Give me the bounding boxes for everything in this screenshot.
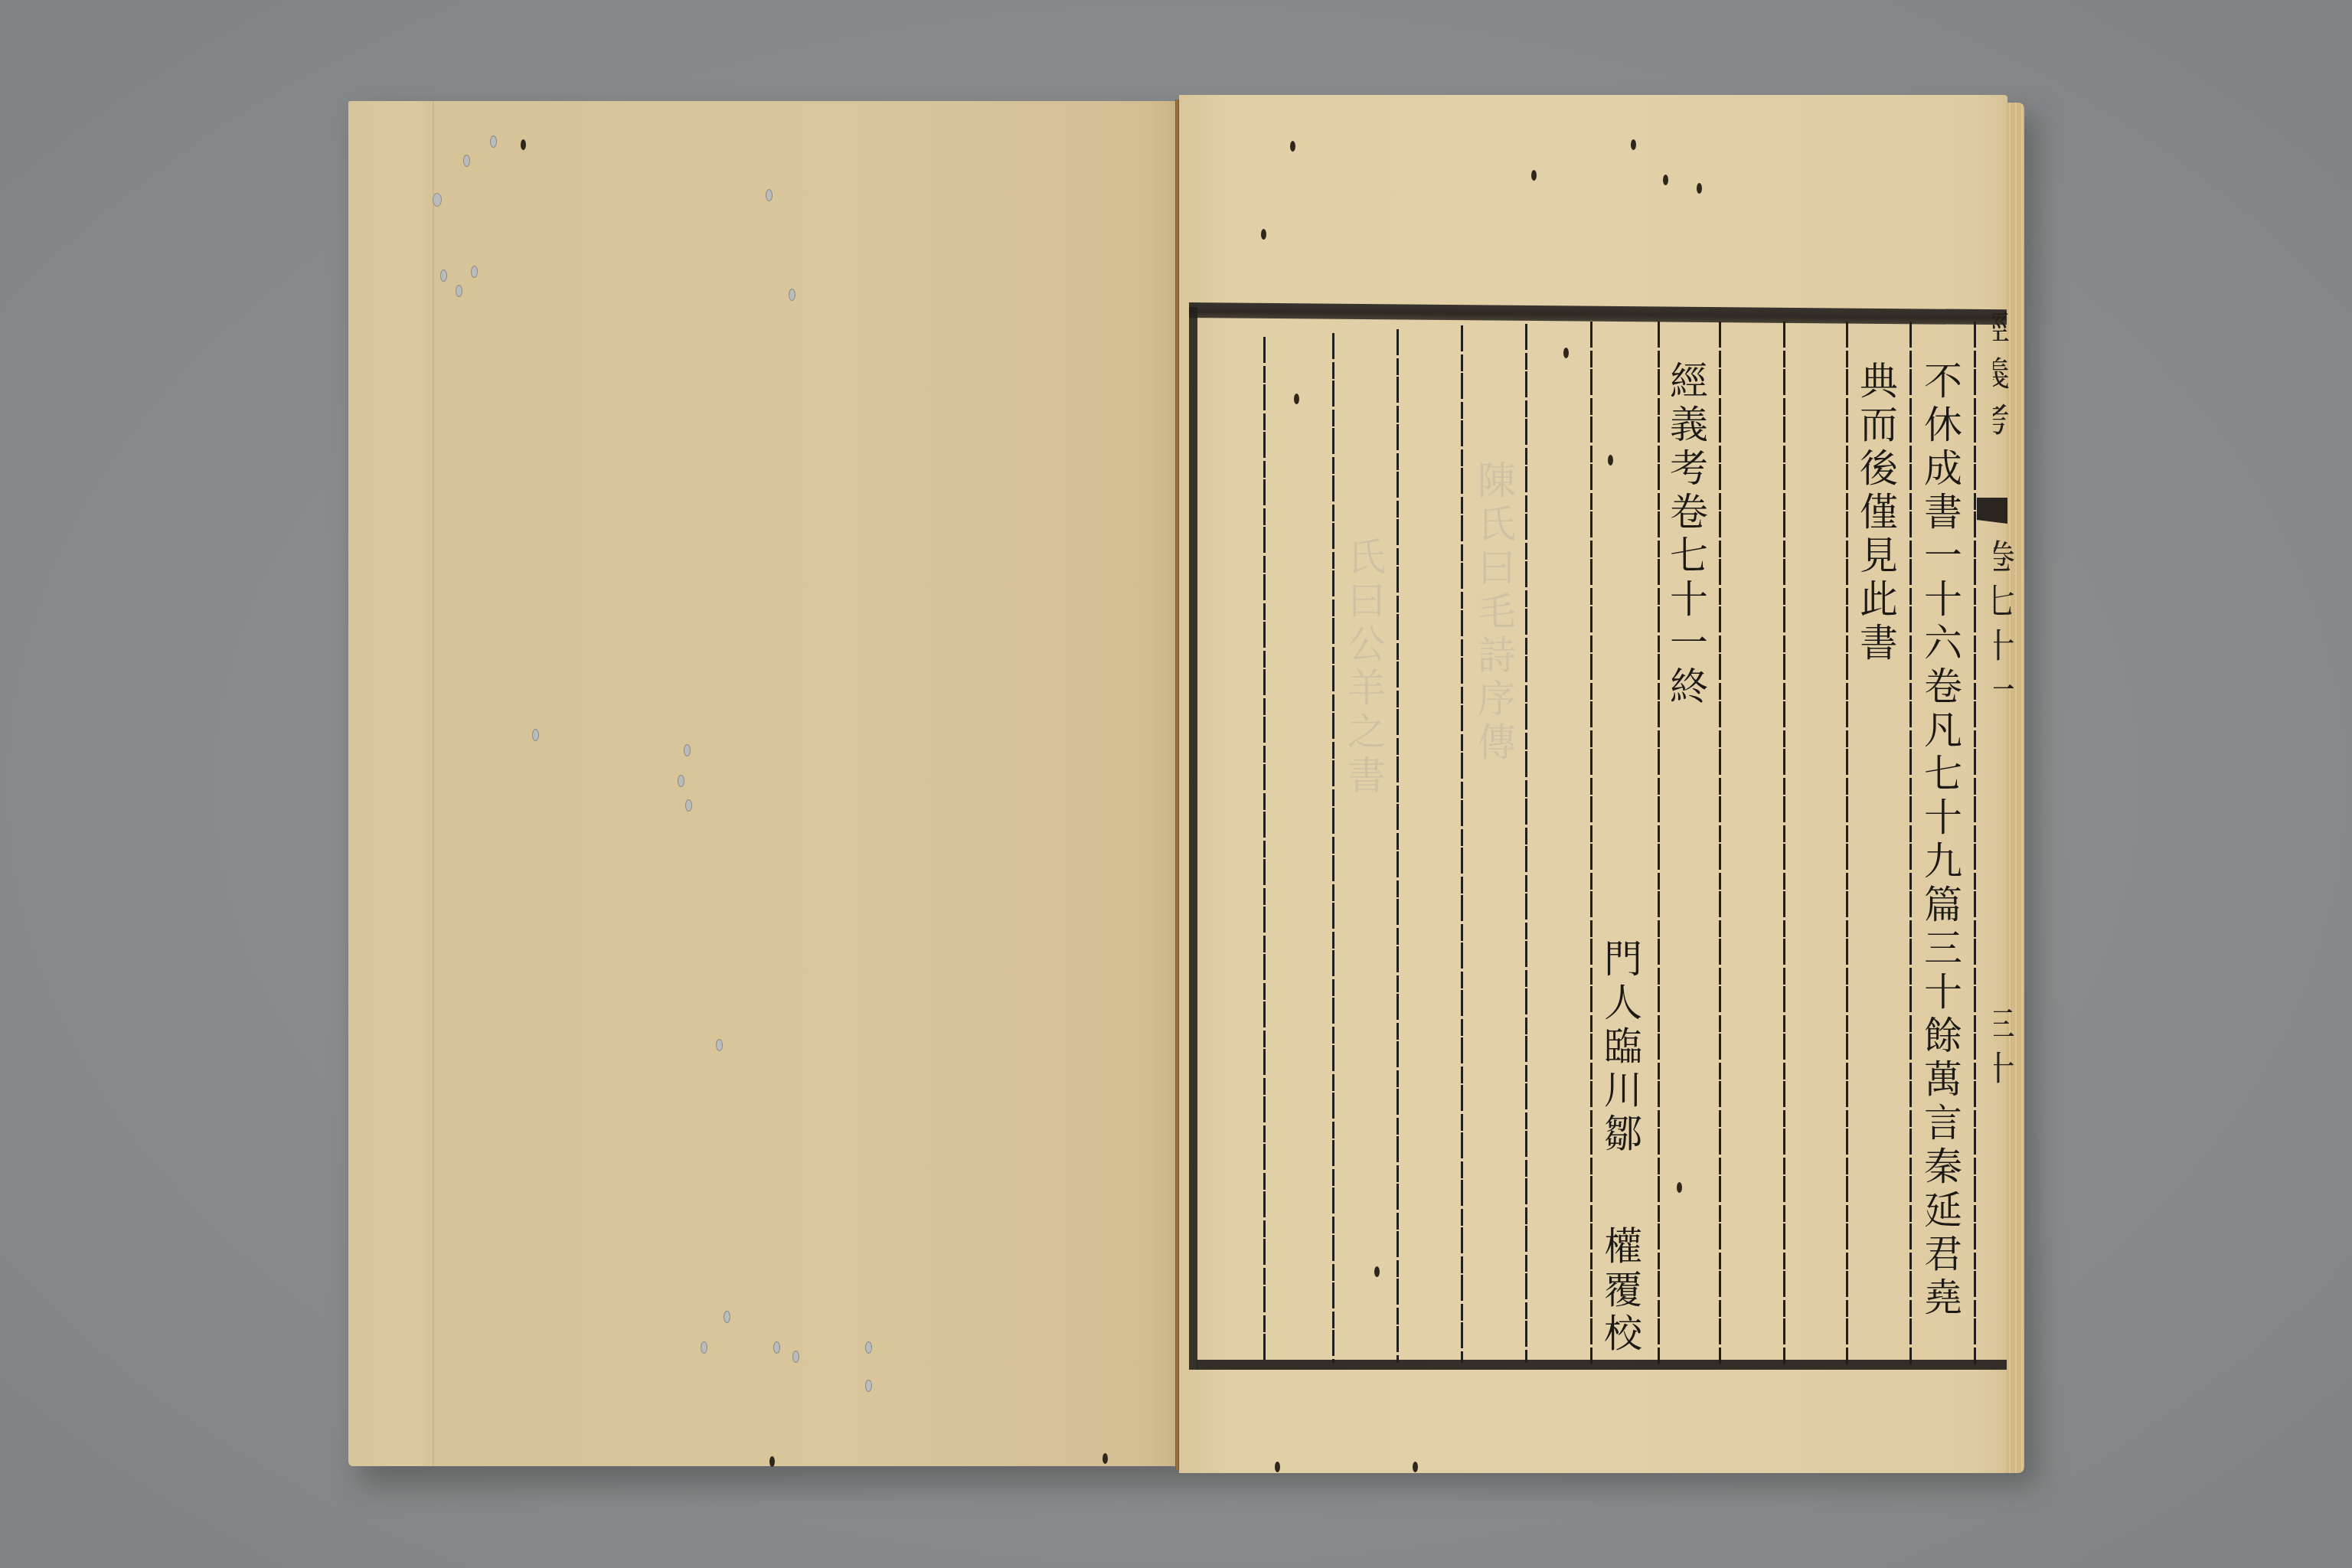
fishtail-mark [1977,498,2007,524]
character: 後 [1860,447,1898,491]
wormhole [769,1456,775,1467]
character: 君 [1924,1233,1962,1276]
character: 卷 [1670,491,1708,534]
character: 堯 [1924,1276,1962,1320]
wormhole [766,189,773,201]
character: 一 [1924,534,1962,578]
show-through-text: 陳氏曰毛詩序傳 [1478,459,1516,765]
wormhole [724,1311,730,1323]
column-rule [1525,324,1527,1363]
column-rule [1783,322,1785,1364]
character: 十 [1924,971,1962,1014]
wormhole [456,285,462,297]
wormhole [440,269,447,282]
column-rule [1974,322,1976,1366]
character: 卷 [1924,665,1962,709]
wormhole [1290,141,1295,152]
character: 十 [1670,578,1708,622]
column-rule [1846,322,1848,1366]
wormhole [471,266,478,278]
character: 門 [1604,938,1642,982]
character: 僅 [1860,491,1898,534]
character: 言 [1924,1102,1962,1145]
wormhole [521,139,526,150]
column-rule [1909,322,1912,1366]
character: 十 [1924,796,1962,840]
character: 七 [1670,534,1708,578]
wormhole [1275,1462,1280,1472]
character: 義 [1976,352,2010,398]
character: 餘 [1924,1014,1962,1058]
character: 書 [1924,491,1962,534]
text-column-1: 不休成書一十六卷凡七十九篇三十餘萬言秦延君堯 [1922,360,1965,1320]
character: 秦 [1924,1145,1962,1189]
text-column-2: 典而後僅見此書 [1857,360,1900,665]
column-rule [1263,337,1266,1363]
wormhole [463,155,470,167]
character: 九 [1924,840,1962,884]
character: 經 [1670,360,1708,403]
character: 七 [1924,753,1962,796]
wormhole [1631,139,1636,150]
character: 考 [1976,398,2010,444]
character: 人 [1604,982,1642,1025]
character: 三 [1924,927,1962,971]
left-page-blank [348,101,1178,1466]
character: 成 [1924,447,1962,491]
character: 六 [1924,622,1962,665]
wormhole [433,193,442,207]
wormhole [532,729,539,741]
wormhole [701,1341,707,1354]
character: 書 [1860,622,1898,665]
wormhole [684,744,691,756]
wormhole [678,775,684,787]
character: 考 [1670,447,1708,491]
wormhole [865,1380,872,1392]
character: 十 [1924,578,1962,622]
column-rule [1658,322,1660,1364]
character: 凡 [1924,709,1962,753]
character: 終 [1670,665,1708,709]
proofreader-column-upper: 門人臨川鄒 [1602,938,1645,1156]
character: 臨 [1604,1025,1642,1069]
show-through-text: 氏曰公羊之書 [1347,536,1386,798]
character: 此 [1860,578,1898,622]
column-rule [1332,333,1334,1363]
character: 不 [1924,360,1962,403]
wormhole [1102,1453,1108,1464]
wormhole [773,1341,780,1354]
wormhole [789,289,795,301]
character: 萬 [1924,1058,1962,1102]
character: 覆 [1604,1269,1642,1312]
character: 一 [1670,622,1708,665]
frame-left-border [1189,307,1197,1370]
wormhole [1663,175,1668,185]
character: 校 [1604,1312,1642,1356]
wormhole [716,1039,723,1051]
wormhole [490,136,497,148]
column-rule [1461,325,1463,1363]
character: 義 [1670,403,1708,447]
wormhole [685,799,692,812]
left-page-fold-line [433,101,434,1466]
character: 篇 [1924,884,1962,927]
colophon-title-column: 經義考卷七十一終 [1668,360,1710,709]
character: 鄒 [1604,1112,1642,1156]
character: 延 [1924,1189,1962,1233]
character: 權 [1604,1225,1642,1269]
character: 休 [1924,403,1962,447]
frame-bottom-border [1197,1360,2007,1370]
column-rule [1396,329,1399,1363]
wormhole [865,1341,872,1354]
wormhole [792,1351,799,1363]
character: 見 [1860,534,1898,578]
character: 典 [1860,360,1898,403]
wormhole [1697,183,1702,194]
proofreader-column-lower: 權覆校 [1602,1225,1645,1356]
character: 經 [1976,306,2010,352]
column-rule [1590,322,1592,1364]
wormhole [1413,1462,1418,1472]
wormhole [1531,170,1537,181]
character: 而 [1860,403,1898,447]
wormhole [1261,229,1266,240]
character: 川 [1604,1069,1642,1112]
column-rule [1719,322,1721,1364]
frame-top-border [1189,302,2007,325]
banxin-title: 經義考 [1979,306,2010,444]
